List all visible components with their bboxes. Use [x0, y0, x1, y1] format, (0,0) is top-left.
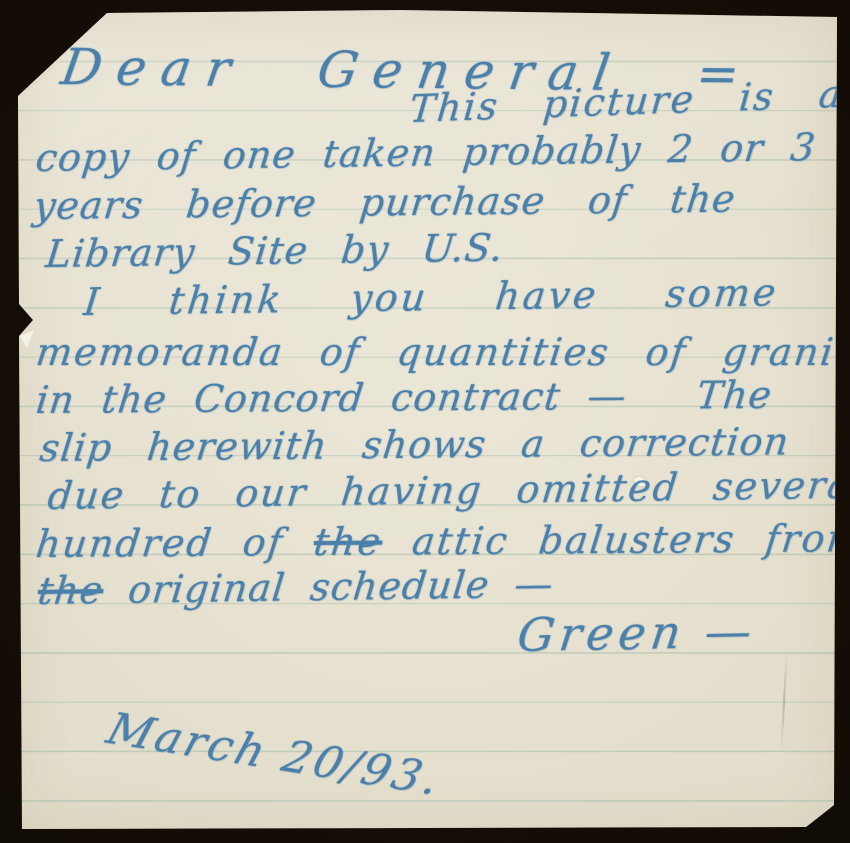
handwritten-text: due to our having omitted several [46, 463, 850, 518]
body-line: in the Concord contract — The [34, 376, 774, 419]
handwritten-text: original schedule — [101, 562, 556, 612]
struck-word: the [36, 568, 106, 613]
body-line: Library Site by U.S. [44, 229, 506, 273]
handwritten-text: in the Concord contract — [34, 377, 629, 419]
handwritten-text: Library Site by U.S. [44, 226, 506, 276]
body-line: years before purchase of the [32, 180, 738, 225]
letter-paper: Dear General = This picture is a copy of… [0, 0, 850, 843]
paper-crease [780, 652, 787, 752]
handwritten-text: copy of one taken probably 2 or 3 [34, 125, 819, 180]
handwritten-text: years before purchase of the [32, 177, 738, 228]
photo-background: Dear General = This picture is a copy of… [0, 0, 850, 843]
body-line: the original schedule — [36, 565, 556, 610]
handwritten-text: I think you have some [82, 270, 781, 324]
signature-line: Green — [515, 608, 759, 658]
handwritten-text: March 20/93. [101, 704, 448, 806]
handwritten-text: memoranda of quantities of granite [34, 330, 850, 374]
handwritten-text: attic balusters from [380, 516, 850, 563]
handwritten-text: Green — [515, 604, 760, 662]
handwritten-text: The [695, 376, 775, 415]
date-line: March 20/93. [102, 708, 447, 803]
handwritten-text: slip herewith shows a correction [38, 419, 792, 470]
body-line: I think you have some [82, 273, 781, 321]
body-line: slip herewith shows a correction [38, 422, 791, 467]
handwritten-text: hundred of [34, 520, 317, 566]
struck-word: the [311, 520, 384, 565]
body-line: memoranda of quantities of granite [34, 333, 850, 371]
body-line: hundred of the attic balusters from [34, 519, 850, 563]
body-line: copy of one taken probably 2 or 3 [34, 128, 818, 177]
body-line: due to our having omitted several [46, 466, 850, 515]
